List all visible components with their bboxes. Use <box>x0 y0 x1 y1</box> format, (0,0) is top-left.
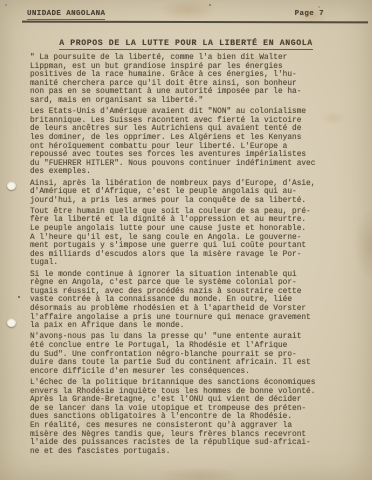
punch-hole-top <box>7 181 16 190</box>
punch-hole-bottom <box>7 318 16 327</box>
article-body: " La poursuite de la liberté, comme l'a … <box>30 54 344 459</box>
scanned-page: UNIDADE ANGOLANA Page 7 A PROPOS DE LA L… <box>0 0 372 480</box>
paragraph-4: Tout être humain quelle que soit la coul… <box>30 208 344 268</box>
publication-name: UNIDADE ANGOLANA <box>27 10 105 20</box>
paragraph-1: " La poursuite de la liberté, comme l'a … <box>30 54 344 106</box>
paragraph-5: Si le monde continue à ignorer la situat… <box>30 271 344 331</box>
paragraph-7: L'échec de la politique britannique des … <box>30 379 344 456</box>
header-rule <box>22 21 368 23</box>
article-title: A PROPOS DE LA LUTTE POUR LA LIBERTÉ EN … <box>59 39 313 50</box>
page-number: Page 7 <box>295 10 324 18</box>
paragraph-6: N'avons-nous pas lu dans la presse qu' "… <box>30 333 344 376</box>
article-title-row: A PROPOS DE LA LUTTE POUR LA LIBERTÉ EN … <box>0 39 372 48</box>
page-header: UNIDADE ANGOLANA Page 7 <box>27 10 324 20</box>
paragraph-3: Ainsi, après la libération de nombreux p… <box>30 180 344 206</box>
paragraph-2: Les Etats-Unis d'Amérique avaient dit "N… <box>30 108 344 177</box>
